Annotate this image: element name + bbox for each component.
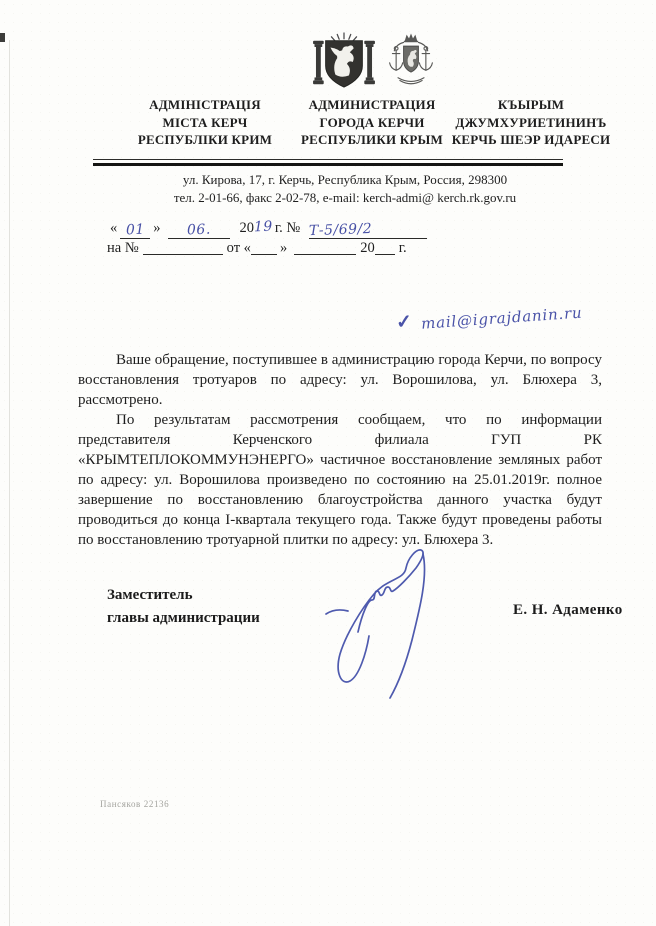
reply-number-blank bbox=[143, 239, 223, 255]
reply-prefix: на № bbox=[107, 240, 139, 256]
scan-edge-artifact bbox=[9, 40, 10, 926]
coat-of-arms-group bbox=[313, 32, 437, 90]
kerch-coat-of-arms-icon bbox=[385, 32, 437, 90]
handwritten-year: 19 bbox=[254, 219, 273, 236]
letterhead-org-names: АДМІНІСТРАЦІЯ МІСТА КЕРЧ РЕСПУБЛІКИ КРИМ… bbox=[0, 96, 656, 154]
reply-close-quote: » bbox=[280, 240, 287, 256]
outgoing-reference-line: «01»06.2019г. №Т-5/69/2 bbox=[107, 220, 427, 239]
org-line: АДМІНІСТРАЦІЯ bbox=[113, 96, 297, 114]
signer-name: Е. Н. Адаменко bbox=[513, 602, 623, 619]
handwritten-signature bbox=[322, 548, 482, 708]
reply-year-suffix: г. bbox=[399, 240, 407, 256]
incoming-reference-line: на №от «»20г. bbox=[107, 239, 407, 257]
reply-day-blank bbox=[251, 239, 277, 255]
day-blank: 01 bbox=[120, 223, 150, 239]
reply-from: от « bbox=[227, 240, 251, 256]
number-label: г. № bbox=[275, 220, 300, 236]
handwritten-number: Т-5/69/2 bbox=[309, 221, 373, 239]
divider-thin-rule bbox=[93, 159, 563, 160]
number-blank: Т-5/69/2 bbox=[309, 223, 427, 239]
signer-title-line: главы администрации bbox=[107, 607, 260, 630]
reply-year-prefix: 20 bbox=[360, 240, 375, 256]
org-line: РЕСПУБЛІКИ КРИМ bbox=[113, 131, 297, 149]
handwritten-email-text: mail@igrajdanin.ru bbox=[420, 302, 583, 333]
check-mark-icon: ✓ bbox=[396, 313, 413, 332]
close-quote: » bbox=[153, 220, 160, 236]
scan-speck-artifact bbox=[0, 33, 5, 42]
handwritten-month: 06. bbox=[186, 222, 210, 239]
month-blank: 06. bbox=[168, 223, 230, 239]
handwritten-day: 01 bbox=[126, 222, 145, 239]
body-paragraph-1: Ваше обращение, поступившее в администра… bbox=[78, 350, 602, 410]
letter-body: Ваше обращение, поступившее в администра… bbox=[78, 350, 602, 550]
contacts-line: тел. 2-01-66, факс 2-02-78, e-mail: kerc… bbox=[110, 190, 580, 206]
letterhead-divider bbox=[93, 159, 563, 166]
reply-month-blank bbox=[294, 239, 356, 255]
org-line: ДЖУМХУРИЕТИНИНЪ bbox=[434, 114, 628, 132]
scanned-letter-page: АДМІНІСТРАЦІЯ МІСТА КЕРЧ РЕСПУБЛІКИ КРИМ… bbox=[0, 0, 656, 926]
divider-thick-rule bbox=[93, 163, 563, 166]
body-paragraph-2: По результатам рассмотрения сообщаем, чт… bbox=[78, 410, 602, 550]
org-line: МІСТА КЕРЧ bbox=[113, 114, 297, 132]
org-line: КЪЫРЫМ bbox=[434, 96, 628, 114]
open-quote: « bbox=[110, 220, 117, 236]
org-line: КЕРЧЬ ШЕЭР ИДАРЕСИ bbox=[434, 131, 628, 149]
signer-title-line: Заместитель bbox=[107, 584, 260, 607]
reply-year-blank bbox=[375, 239, 395, 255]
handwritten-email-note: ✓ mail@igrajdanin.ru bbox=[396, 302, 583, 335]
org-name-crimean-tatar: КЪЫРЫМ ДЖУМХУРИЕТИНИНЪ КЕРЧЬ ШЕЭР ИДАРЕС… bbox=[434, 96, 628, 149]
signer-title: Заместитель главы администрации bbox=[107, 584, 260, 630]
address-line: ул. Кирова, 17, г. Керчь, Республика Кры… bbox=[110, 172, 580, 188]
org-name-ukrainian: АДМІНІСТРАЦІЯ МІСТА КЕРЧ РЕСПУБЛІКИ КРИМ bbox=[113, 96, 297, 149]
year-prefix: 20 bbox=[240, 220, 255, 236]
executor-note: Пансяков 22136 bbox=[100, 799, 169, 809]
crimea-coat-of-arms-icon bbox=[313, 32, 375, 90]
